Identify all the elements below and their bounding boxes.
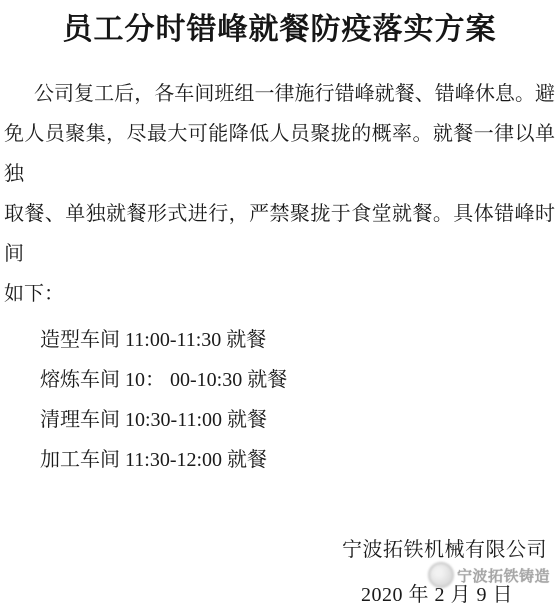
schedule-line-cleaning-shop: 清理车间 10:30-11:00 就餐 — [4, 400, 555, 440]
paragraph-line-1: 公司复工后，各车间班组一律施行错峰就餐、错峰休息。避 — [4, 74, 555, 114]
schedule-line-molding-shop: 造型车间 11:00-11:30 就餐 — [4, 320, 555, 360]
signature-date: 2020 年 2 月 9 日 — [361, 578, 513, 606]
signature-company-name: 宁波拓铁机械有限公司 — [342, 533, 547, 562]
document-body: 公司复工后，各车间班组一律施行错峰就餐、错峰休息。避 免人员聚集，尽最大可能降低… — [4, 74, 555, 480]
paragraph-line-4: 如下： — [4, 274, 555, 314]
schedule-line-smelting-shop: 熔炼车间 10： 00-10:30 就餐 — [4, 360, 555, 400]
document-page: 员工分时错峰就餐防疫落实方案 公司复工后，各车间班组一律施行错峰就餐、错峰休息。… — [0, 0, 559, 606]
paragraph-line-3: 取餐、单独就餐形式进行，严禁聚拢于食堂就餐。具体错峰时间 — [4, 194, 555, 274]
document-title: 员工分时错峰就餐防疫落实方案 — [0, 4, 559, 48]
paragraph-line-2: 免人员聚集，尽最大可能降低人员聚拢的概率。就餐一律以单独 — [4, 114, 555, 194]
schedule-line-machining-shop: 加工车间 11:30-12:00 就餐 — [4, 440, 555, 480]
